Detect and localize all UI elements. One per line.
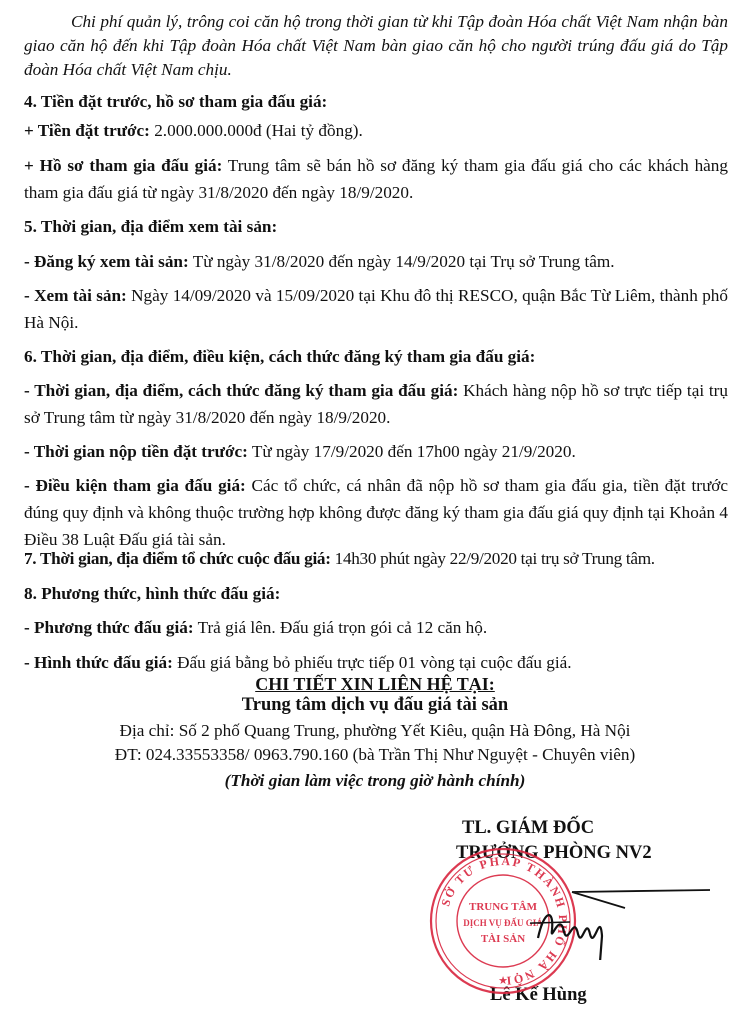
handwritten-signature-icon <box>530 880 750 960</box>
signature-title: TL. GIÁM ĐỐC <box>462 818 594 839</box>
item-label: + Hồ sơ tham gia đấu giá: <box>24 156 222 175</box>
item-text: Từ ngày 31/8/2020 đến ngày 14/9/2020 tại… <box>189 252 615 271</box>
stamp-line-1: TRUNG TÂM <box>469 901 538 913</box>
intro-paragraph: Chi phí quản lý, trông coi căn hộ trong … <box>24 10 728 82</box>
deposit-time-item: - Thời gian nộp tiền đặt trước: Từ ngày … <box>24 438 728 465</box>
contact-phone: ĐT: 024.33553358/ 0963.790.160 (bà Trần … <box>0 745 750 765</box>
item-text: Trả giá lên. Đấu giá trọn gói cả 12 căn … <box>194 618 488 637</box>
item-text: Ngày 14/09/2020 và 15/09/2020 tại Khu đô… <box>24 286 728 332</box>
section-4-heading: 4. Tiền đặt trước, hồ sơ tham gia đấu gi… <box>24 88 728 115</box>
section-6-heading: 6. Thời gian, địa điểm, điều kiện, cách … <box>24 343 728 370</box>
item-text: 2.000.000.000đ (Hai tỷ đồng). <box>150 121 363 140</box>
item-label: - Điều kiện tham gia đấu giá: <box>24 476 246 495</box>
item-text: Từ ngày 17/9/2020 đến 17h00 ngày 21/9/20… <box>248 442 576 461</box>
item-label: - Phương thức đấu giá: <box>24 618 194 637</box>
method-item: - Phương thức đấu giá: Trả giá lên. Đấu … <box>24 614 728 641</box>
registration-item: - Thời gian, địa điểm, cách thức đăng ký… <box>24 377 728 431</box>
form-item: - Hình thức đấu giá: Đấu giá bằng bỏ phi… <box>24 649 728 676</box>
viewing-item: - Xem tài sản: Ngày 14/09/2020 và 15/09/… <box>24 282 728 336</box>
stamp-line-3: TÀI SẢN <box>481 933 525 945</box>
item-label: 7. Thời gian, địa điểm tổ chức cuộc đấu … <box>24 549 331 568</box>
item-label: - Xem tài sản: <box>24 286 127 305</box>
item-label: - Đăng ký xem tài sản: <box>24 252 189 271</box>
item-label: + Tiền đặt trước: <box>24 121 150 140</box>
conditions-item: - Điều kiện tham gia đấu giá: Các tổ chứ… <box>24 472 728 553</box>
item-label: - Hình thức đấu giá: <box>24 653 173 672</box>
contact-title: CHI TIẾT XIN LIÊN HỆ TẠI: <box>0 674 750 695</box>
section-7-item: 7. Thời gian, địa điểm tổ chức cuộc đấu … <box>24 545 728 572</box>
item-text: 14h30 phút ngày 22/9/2020 tại trụ sở Tru… <box>331 549 655 568</box>
viewing-registration-item: - Đăng ký xem tài sản: Từ ngày 31/8/2020… <box>24 248 728 275</box>
contact-hours: (Thời gian làm việc trong giờ hành chính… <box>0 771 750 791</box>
document-page: Chi phí quản lý, trông coi căn hộ trong … <box>0 0 750 1026</box>
item-label: - Thời gian nộp tiền đặt trước: <box>24 442 248 461</box>
item-label: - Thời gian, địa điểm, cách thức đăng ký… <box>24 381 458 400</box>
stamp-star-icon: ★ <box>498 975 508 987</box>
contact-address: Địa chỉ: Số 2 phố Quang Trung, phường Yế… <box>0 721 750 741</box>
contact-organization: Trung tâm dịch vụ đấu giá tài sản <box>0 695 750 716</box>
dossier-item: + Hồ sơ tham gia đấu giá: Trung tâm sẽ b… <box>24 152 728 206</box>
section-8-heading: 8. Phương thức, hình thức đấu giá: <box>24 580 728 607</box>
item-text: Đấu giá bằng bỏ phiếu trực tiếp 01 vòng … <box>173 653 572 672</box>
deposit-item: + Tiền đặt trước: 2.000.000.000đ (Hai tỷ… <box>24 117 728 144</box>
section-5-heading: 5. Thời gian, địa điểm xem tài sản: <box>24 213 728 240</box>
